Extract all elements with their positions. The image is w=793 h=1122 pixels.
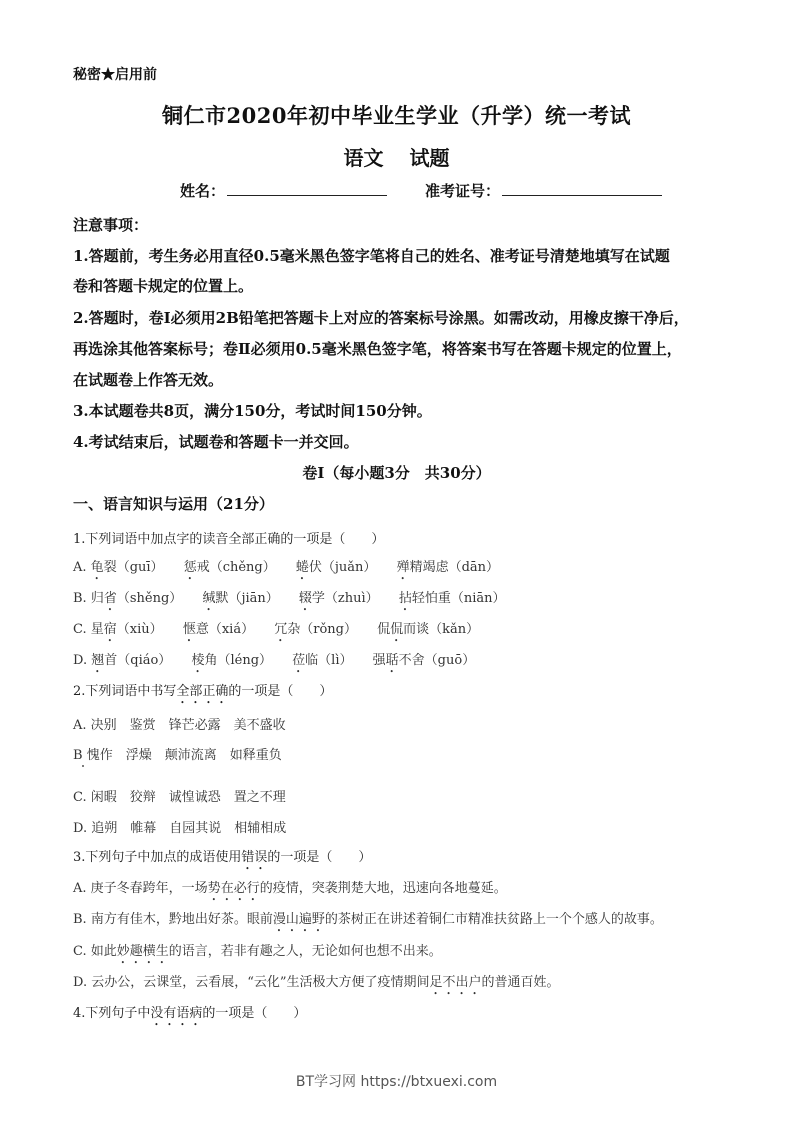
stray-dot	[82, 765, 84, 767]
subject-label: 语文	[344, 146, 384, 170]
exam-id-blank	[502, 181, 662, 196]
notice-line: 4.考试结束后，试题卷和答题卡一并交回。	[73, 431, 359, 452]
notice-line: 1.答题前，考生务必用直径0.5毫米黑色签字笔将自己的姓名、准考证号清楚地填写在…	[73, 245, 670, 266]
exam-title: 铜仁市2020年初中毕业生学业（升学）统一考试	[0, 100, 793, 130]
candidate-fields: 姓名：准考证号：	[180, 180, 662, 201]
exam-id-label: 准考证号：	[425, 182, 500, 200]
question-2-option-c: C. 闲暇 狡辩 诚惶诚恐 置之不理	[73, 786, 286, 805]
name-label: 姓名：	[180, 182, 225, 200]
question-3-option-b: B. 南方有佳木，黔地出好茶。眼前漫山遍野的茶树正在讲述着铜仁市精准扶贫路上一个…	[73, 908, 663, 935]
exam-subtitle: 语文试题	[0, 142, 793, 171]
paper-type-label: 试题	[410, 146, 450, 170]
question-2-option-a: A. 决别 鉴赏 锋芒必露 美不盛收	[73, 714, 286, 733]
notice-line: 再选涂其他答案标号；卷Ⅱ必须用0.5毫米黑色签字笔，将答案书写在答题卡规定的位置…	[73, 338, 682, 359]
question-3-option-c: C. 如此妙趣横生的语言，若非有趣之人，无论如何也想不出来。	[73, 940, 442, 967]
question-1-option-d: D. 翘首（qiáo） 棱角（léng） 莅临（lì） 强聒不舍（guō）	[73, 649, 491, 676]
question-3-stem: 3.下列句子中加点的成语使用错误的一项是（ ）	[73, 846, 371, 873]
notice-line: 在试题卷上作答无效。	[73, 369, 223, 390]
notice-line: 2.答题时，卷Ⅰ必须用2B铅笔把答题卡上对应的答案标号涂黑。如需改动，用橡皮擦干…	[73, 307, 689, 328]
notice-heading: 注意事项：	[73, 214, 148, 235]
name-blank	[227, 181, 387, 196]
question-3-option-a: A. 庚子冬春跨年，一场势在必行的疫情，突袭荆楚大地，迅速向各地蔓延。	[73, 877, 507, 904]
notice-line: 卷和答题卡规定的位置上。	[73, 275, 253, 296]
question-2-stem: 2.下列词语中书写全部正确的一项是（ ）	[73, 680, 332, 707]
secret-label: 秘密★启用前	[73, 64, 157, 84]
question-4-stem: 4.下列句子中没有语病的一项是（ ）	[73, 1002, 306, 1029]
question-1-option-a: A. 龟裂（guī） 惩戒（chěng） 蜷伏（juǎn） 殚精竭虑（dān）	[73, 556, 515, 583]
notice-line: 3.本试题卷共8页，满分150分，考试时间150分钟。	[73, 400, 432, 421]
question-2-option-b: B 愧作 浮燥 颠沛流离 如释重负	[73, 744, 282, 763]
exam-page: 秘密★启用前 铜仁市2020年初中毕业生学业（升学）统一考试 语文试题 姓名：准…	[0, 0, 793, 1122]
question-3-option-d: D. 云办公，云课堂，云看展，“云化”生活极大方便了疫情期间足不出户的普通百姓。	[73, 971, 560, 998]
question-1-stem: 1.下列词语中加点字的读音全部正确的一项是（ ）	[73, 528, 384, 547]
question-2-option-d: D. 追朔 帷幕 自园其说 相辅相成	[73, 817, 286, 836]
watermark-footer: BT学习网 https://btxuexi.com	[0, 1071, 793, 1091]
part-title: 一、语言知识与运用（21分）	[73, 493, 274, 514]
question-1-option-b: B. 归省（shěng） 缄默（jiān） 辍学（zhuì） 拈轻怕重（niān…	[73, 587, 522, 614]
question-1-option-c: C. 星宿（xiù） 惬意（xiá） 冗杂（rǒng） 侃侃而谈（kǎn）	[73, 618, 495, 645]
volume-title: 卷Ⅰ（每小题3分 共30分）	[0, 462, 793, 483]
